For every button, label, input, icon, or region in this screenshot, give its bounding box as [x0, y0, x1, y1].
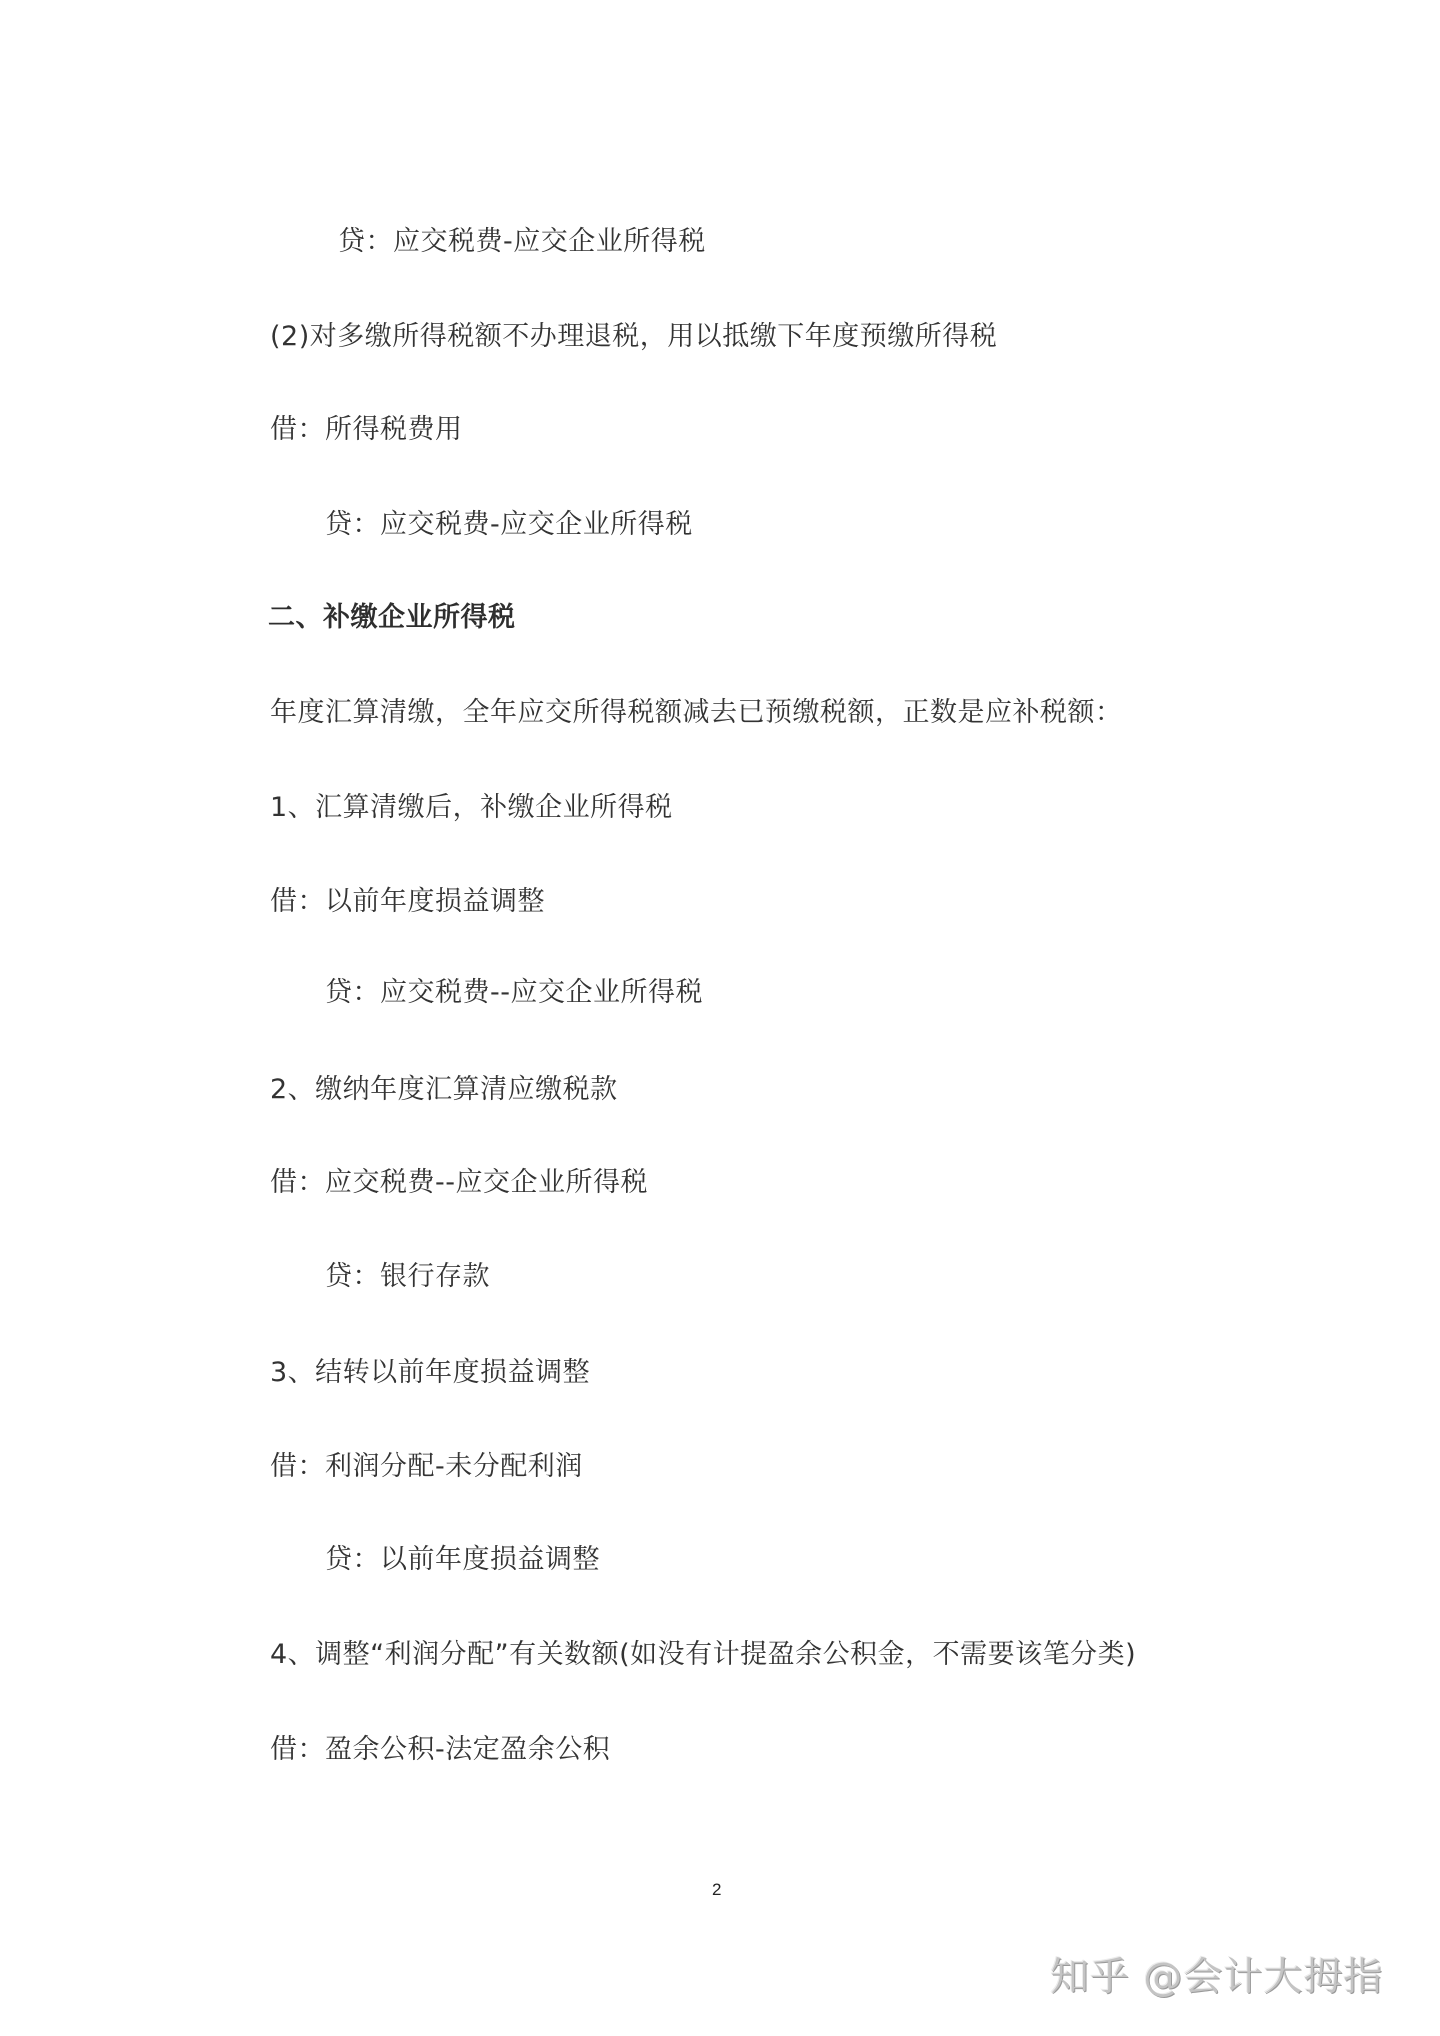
paragraph-annual-settlement: 年度汇算清缴，全年应交所得税额减去已预缴税额，正数是应补税额：: [270, 693, 1123, 733]
step-2: 2、缴纳年度汇算清应缴税款: [270, 1070, 618, 1110]
credit-entry-line: 贷：应交税费-应交企业所得税: [325, 505, 693, 545]
credit-entry-line: 贷：应交税费--应交企业所得税: [325, 973, 703, 1013]
credit-entry-line: 贷：以前年度损益调整: [325, 1540, 600, 1580]
watermark: 知乎 @会计大拇指: [1050, 1955, 1383, 2001]
step-3: 3、结转以前年度损益调整: [270, 1353, 590, 1393]
step-1: 1、汇算清缴后，补缴企业所得税: [270, 788, 673, 828]
section-heading: 二、补缴企业所得税: [268, 598, 516, 638]
credit-entry-line: 贷：银行存款: [325, 1257, 490, 1297]
debit-entry-line: 借：利润分配-未分配利润: [270, 1447, 583, 1487]
debit-entry-line: 借：所得税费用: [270, 410, 463, 450]
debit-entry-line: 借：以前年度损益调整: [270, 882, 545, 922]
debit-entry-line: 借：应交税费--应交企业所得税: [270, 1163, 648, 1203]
credit-entry-line: 贷：应交税费-应交企业所得税: [338, 222, 706, 262]
step-4: 4、调整“利润分配”有关数额(如没有计提盈余公积金，不需要该笔分类): [270, 1635, 1136, 1675]
page-number: 2: [712, 1878, 721, 1902]
debit-entry-line: 借：盈余公积-法定盈余公积: [270, 1730, 610, 1770]
document-page: 贷：应交税费-应交企业所得税 (2)对多缴所得税额不办理退税，用以抵缴下年度预缴…: [0, 0, 1440, 2036]
paragraph-no-refund-offset: (2)对多缴所得税额不办理退税，用以抵缴下年度预缴所得税: [270, 317, 997, 357]
